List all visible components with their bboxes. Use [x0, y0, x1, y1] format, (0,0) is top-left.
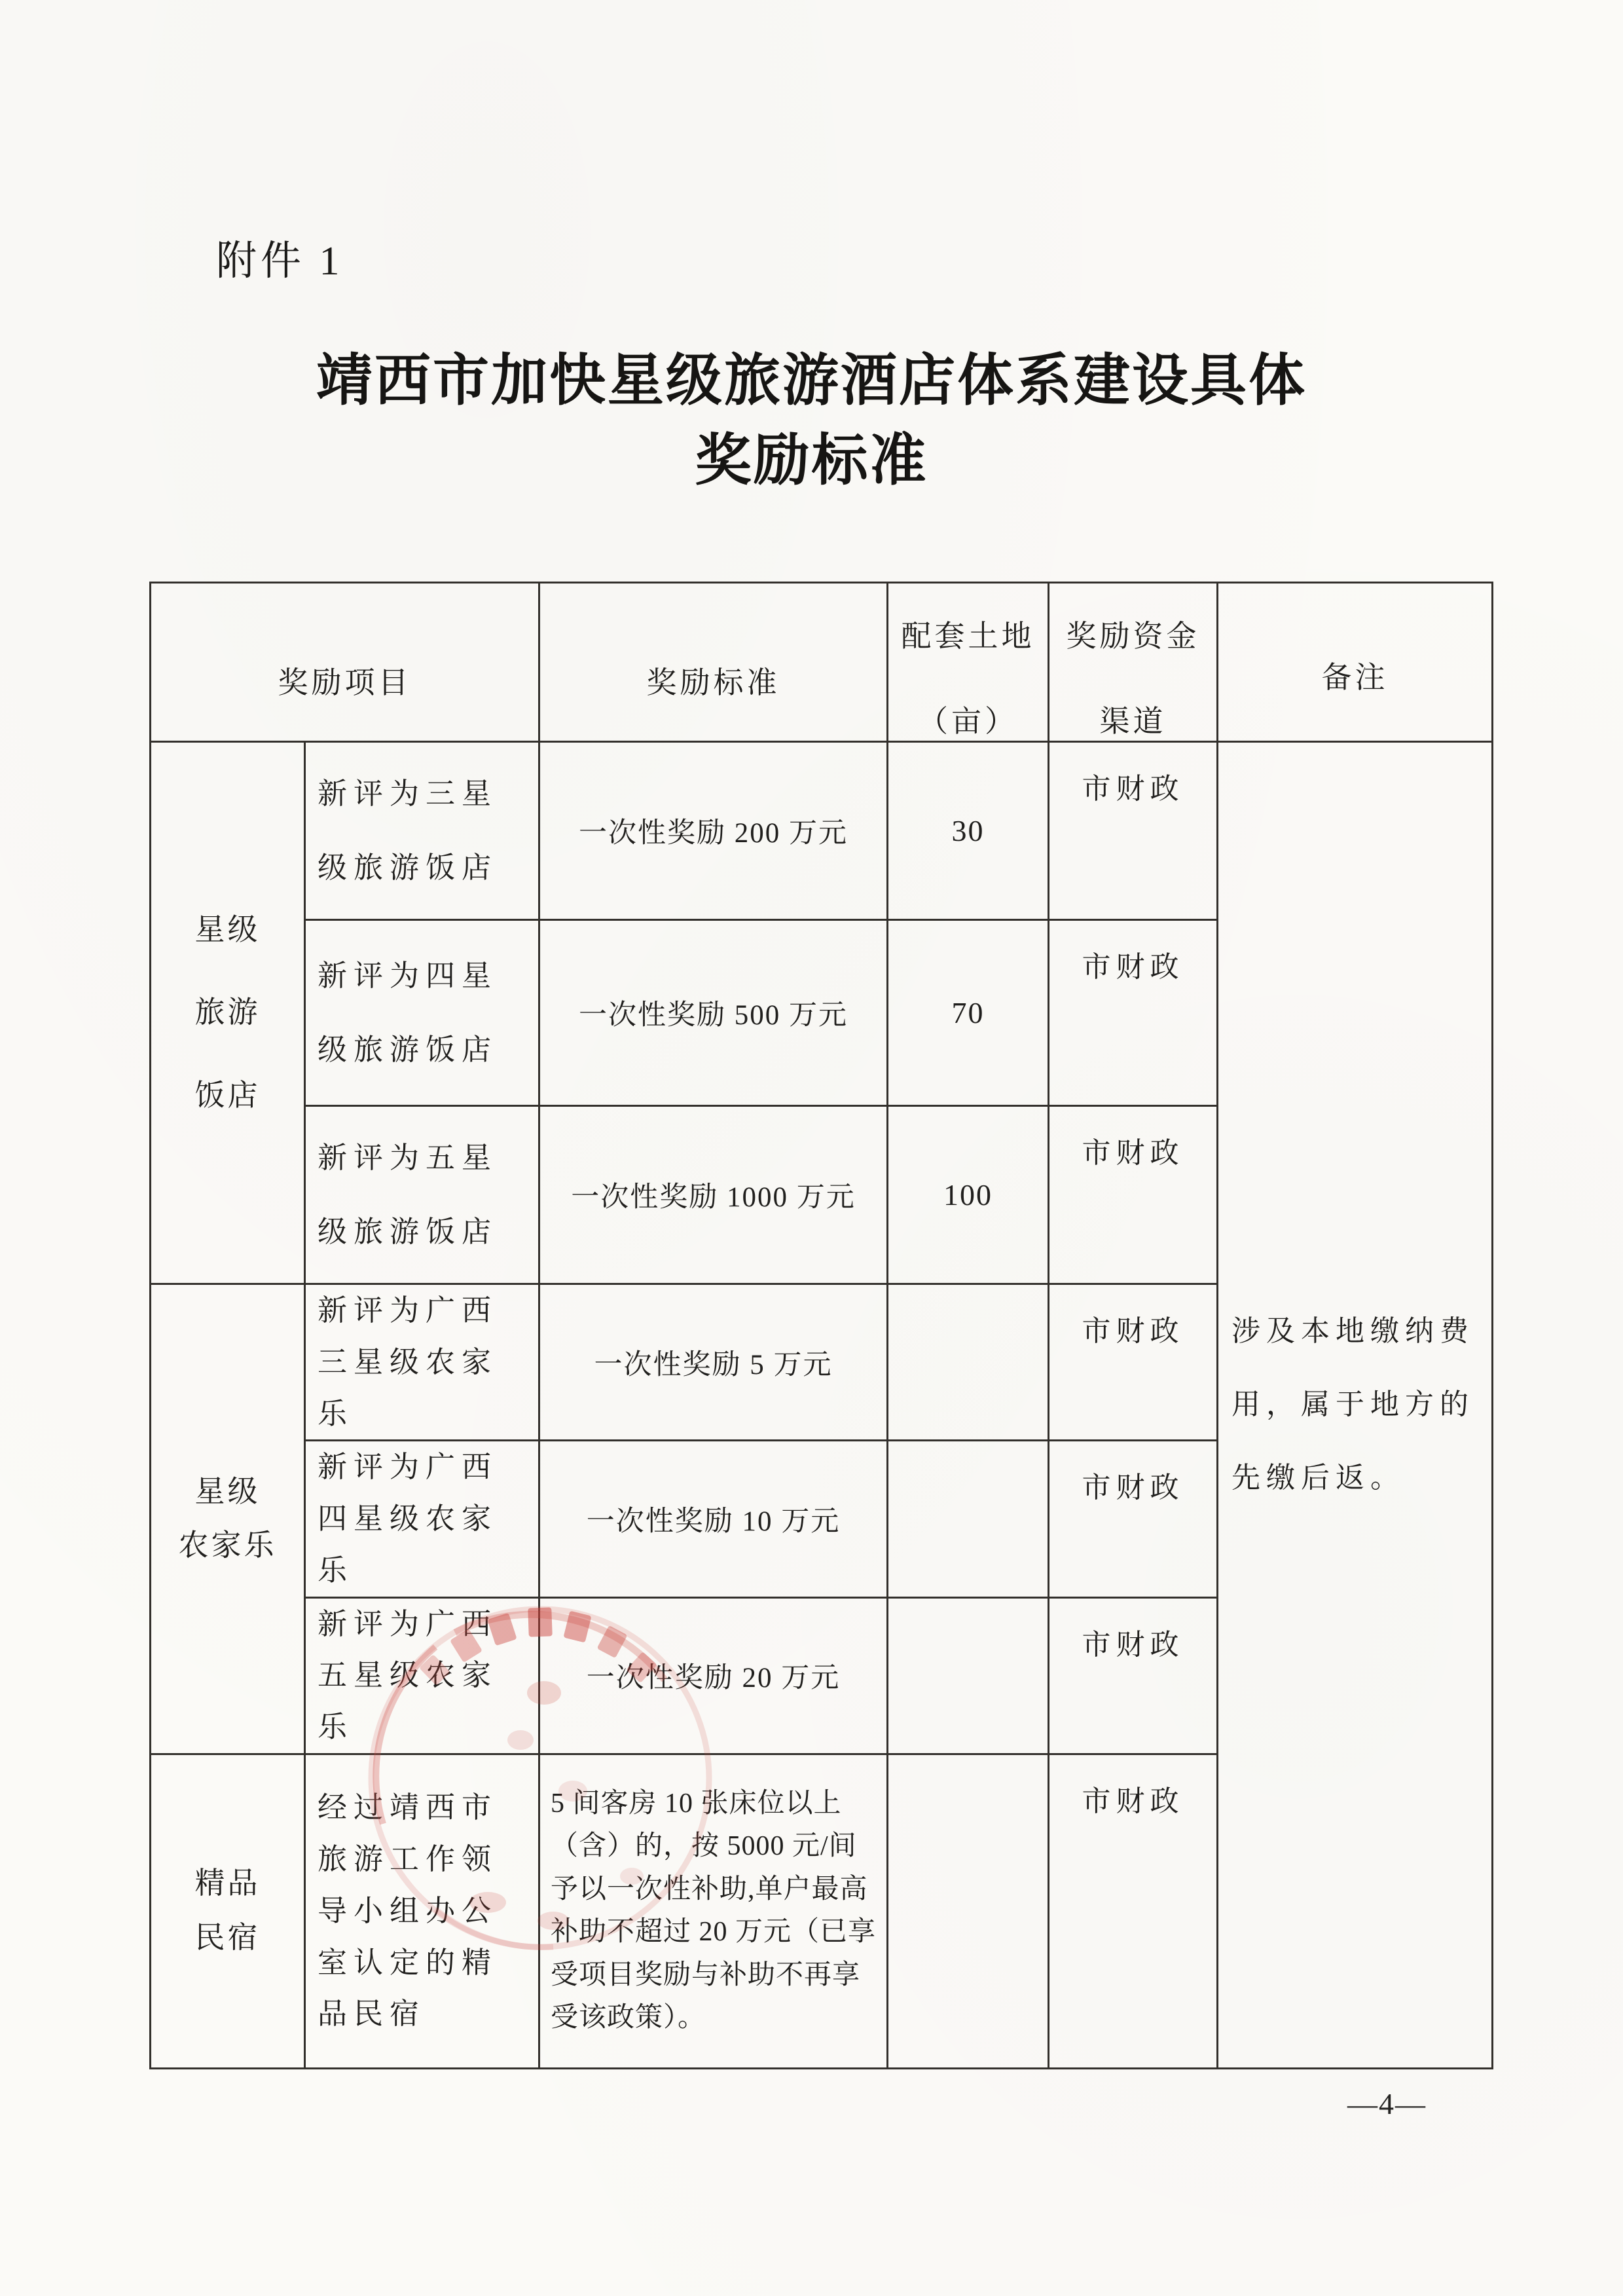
item-cell: 经过靖西市旅游工作领导小组办公室认定的精品民宿 — [305, 1754, 539, 2068]
group-label-star-farmstay: 星级 农家乐 — [151, 1284, 305, 1754]
standard-cell: 5 间客房 10 张床位以上（含）的，按 5000 元/间予以一次性补助,单户最… — [539, 1754, 888, 2068]
group-label-boutique-homestay: 精品 民宿 — [151, 1754, 305, 2068]
standard-cell: 一次性奖励 10 万元 — [539, 1441, 888, 1597]
header-remark: 备注 — [1218, 583, 1493, 742]
document-title-line1: 靖西市加快星级旅游酒店体系建设具体 — [0, 341, 1623, 420]
standard-cell: 一次性奖励 500 万元 — [539, 920, 888, 1106]
header-reward-project: 奖励项目 — [151, 583, 539, 742]
item-cell: 新评为四星级旅游饭店 — [305, 920, 539, 1106]
fund-cell: 市财政 — [1049, 1597, 1218, 1754]
group-label-star-hotel: 星级 旅游 饭店 — [151, 742, 305, 1284]
item-cell: 新评为五星级旅游饭店 — [305, 1106, 539, 1284]
item-cell: 新评为广西三星级农家乐 — [305, 1284, 539, 1441]
table-header-row: 奖励项目 奖励标准 配套土地 （亩） 奖励资金 渠道 备注 — [151, 583, 1493, 742]
fund-cell: 市财政 — [1049, 1441, 1218, 1597]
standard-cell: 一次性奖励 20 万元 — [539, 1597, 888, 1754]
item-cell: 新评为广西五星级农家乐 — [305, 1597, 539, 1754]
document-title: 靖西市加快星级旅游酒店体系建设具体 奖励标准 — [0, 341, 1623, 500]
land-cell — [888, 1441, 1049, 1597]
attachment-label: 附件 1 — [216, 228, 344, 286]
header-reward-standard: 奖励标准 — [539, 583, 888, 742]
standard-cell: 一次性奖励 200 万元 — [539, 742, 888, 920]
item-cell: 新评为三星级旅游饭店 — [305, 742, 539, 920]
fund-cell: 市财政 — [1049, 920, 1218, 1106]
fund-cell: 市财政 — [1049, 1754, 1218, 2068]
land-cell — [888, 1754, 1049, 2068]
item-cell: 新评为广西四星级农家乐 — [305, 1441, 539, 1597]
land-cell: 100 — [888, 1106, 1049, 1284]
fund-cell: 市财政 — [1049, 1106, 1218, 1284]
reward-standards-table: 奖励项目 奖励标准 配套土地 （亩） 奖励资金 渠道 备注 星级 旅游 饭店 — [149, 582, 1493, 2069]
table-row: 星级 旅游 饭店 新评为三星级旅游饭店 一次性奖励 200 万元 30 市财政 … — [151, 742, 1493, 920]
document-title-line2: 奖励标准 — [0, 420, 1623, 500]
header-supporting-land: 配套土地 （亩） — [888, 583, 1049, 742]
land-cell: 70 — [888, 920, 1049, 1106]
land-cell — [888, 1597, 1049, 1754]
remark-cell: 涉及本地缴纳费用，属于地方的先缴后返。 — [1218, 742, 1493, 2069]
land-cell — [888, 1284, 1049, 1441]
land-cell: 30 — [888, 742, 1049, 920]
header-fund-channel: 奖励资金 渠道 — [1049, 583, 1218, 742]
page-number: —4— — [1347, 2086, 1427, 2121]
standard-cell: 一次性奖励 5 万元 — [539, 1284, 888, 1441]
fund-cell: 市财政 — [1049, 1284, 1218, 1441]
standard-cell: 一次性奖励 1000 万元 — [539, 1106, 888, 1284]
fund-cell: 市财政 — [1049, 742, 1218, 920]
